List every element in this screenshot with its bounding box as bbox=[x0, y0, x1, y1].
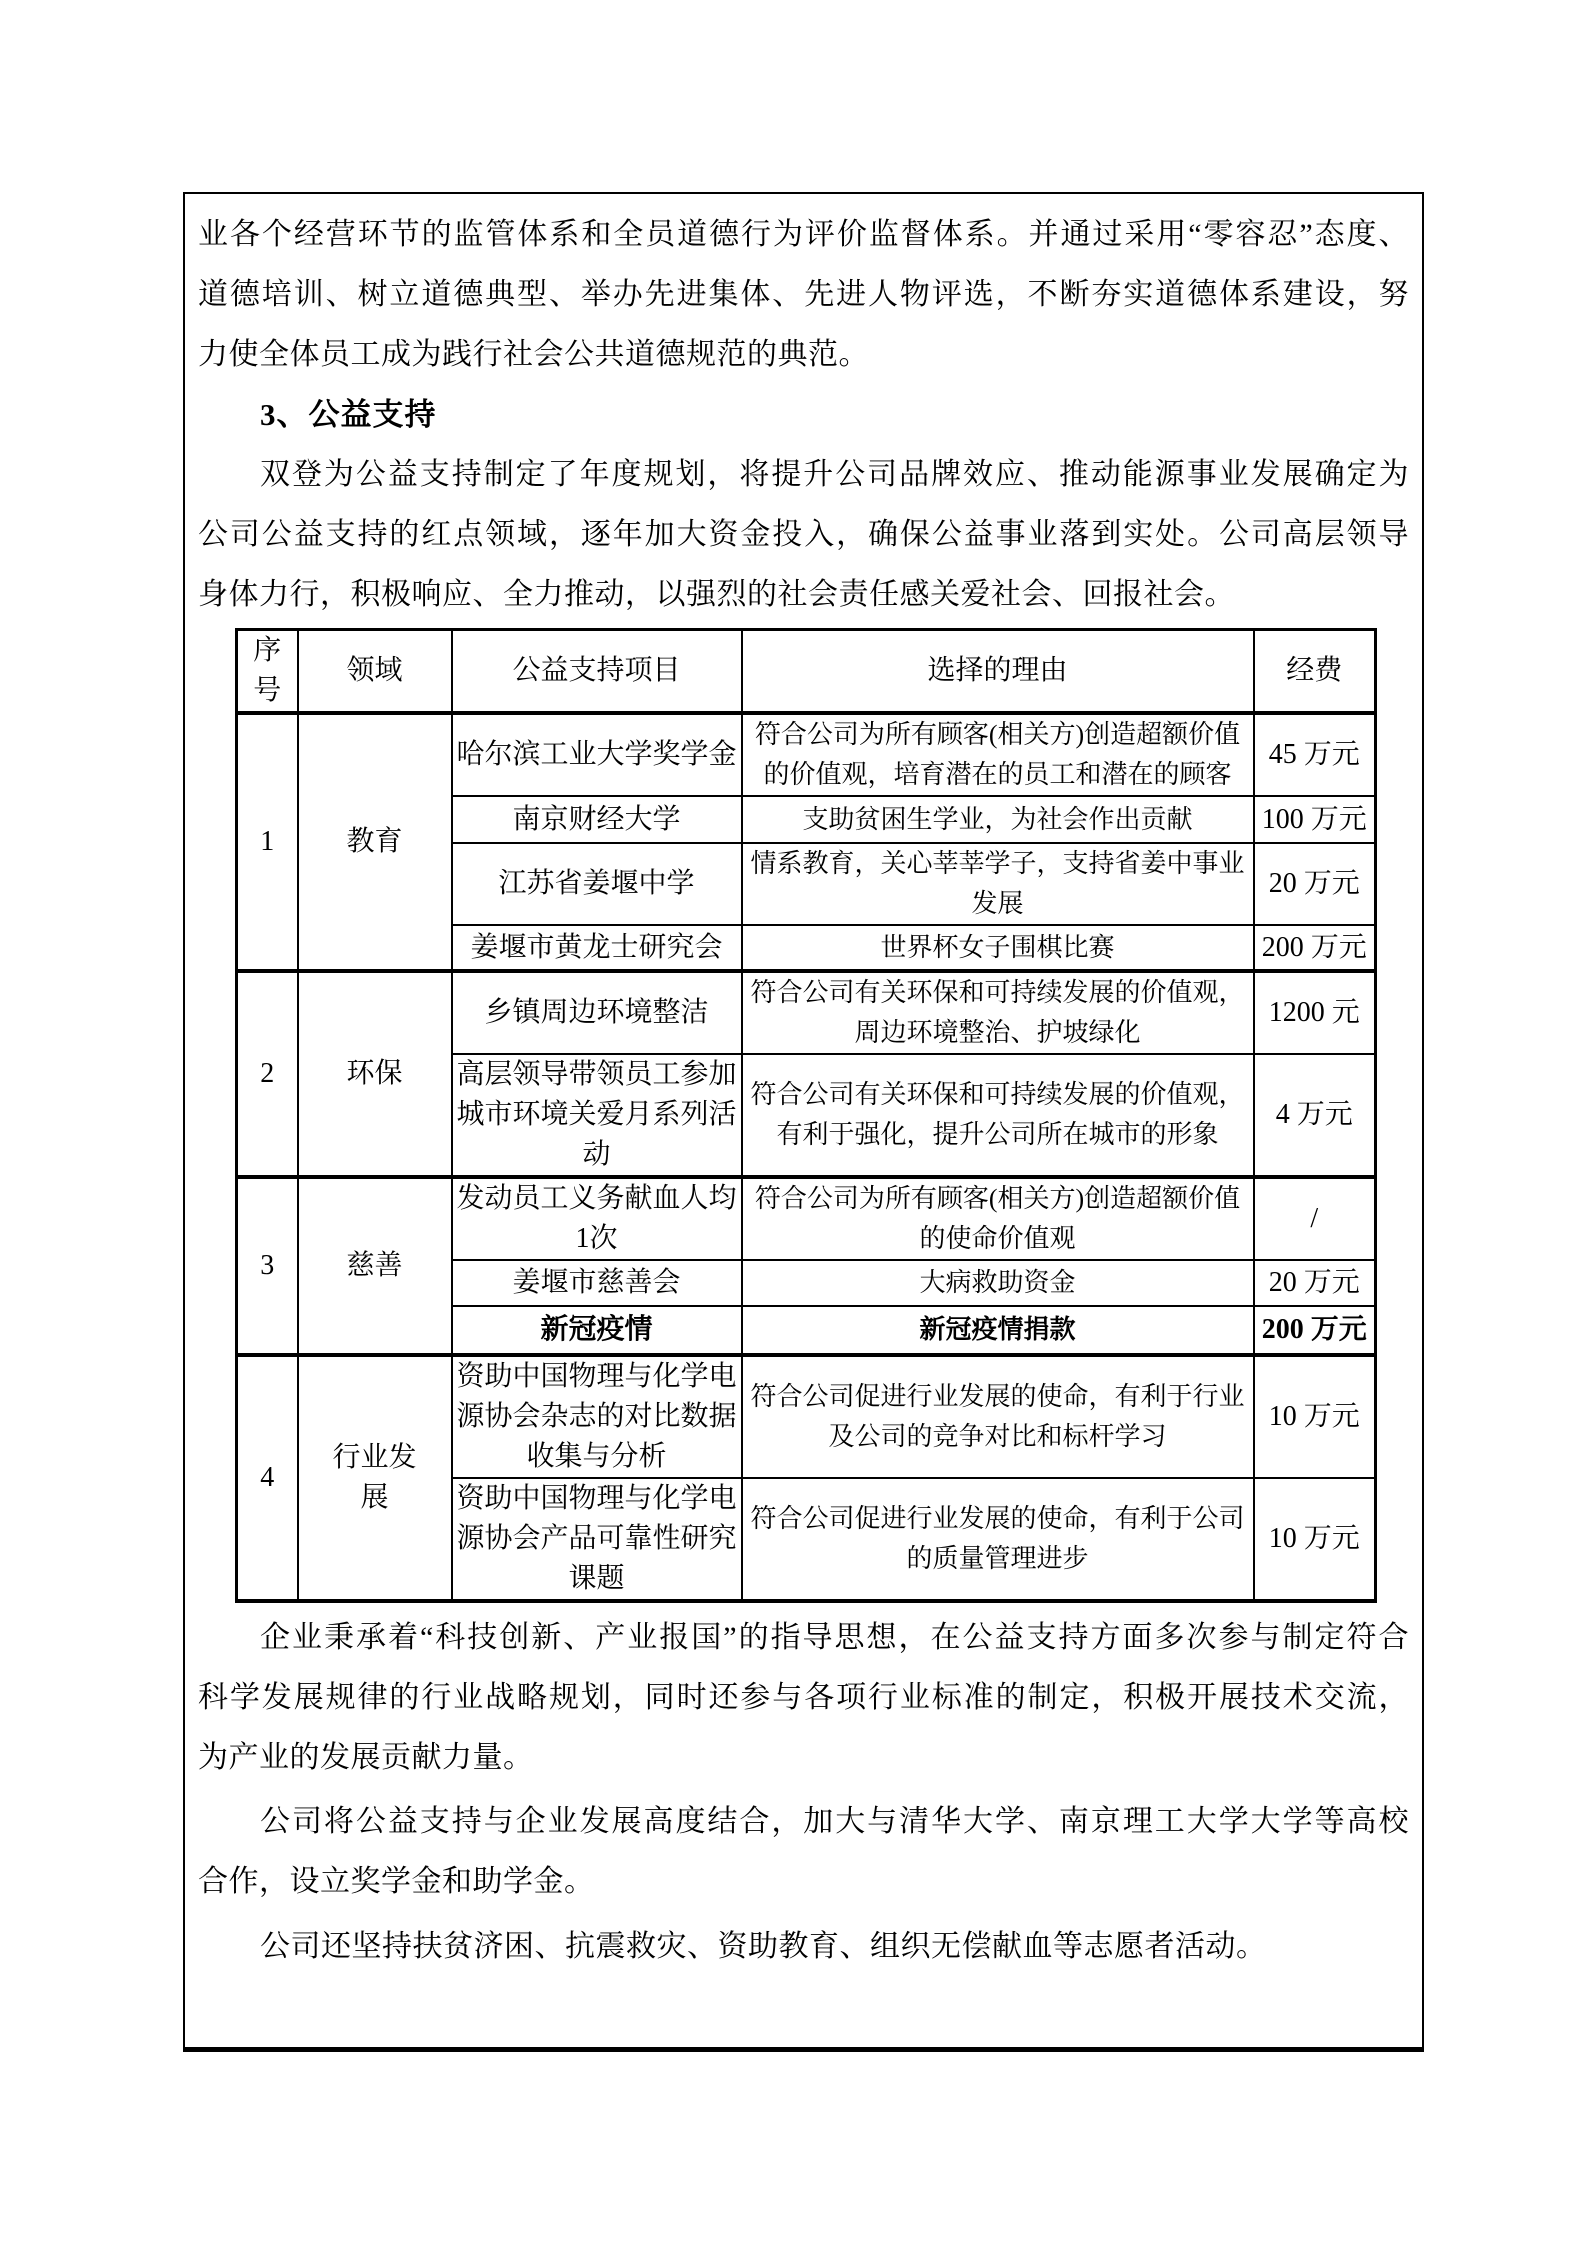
section-field-cell: 慈善 bbox=[298, 1177, 452, 1355]
section-number-cell: 2 bbox=[237, 971, 298, 1177]
fee-cell: 10 万元 bbox=[1254, 1478, 1376, 1601]
table-header-cell: 序号 bbox=[237, 630, 298, 714]
paragraph-mission: 企业秉承着“科技创新、产业报国”的指导思想，在公益支持方面多次参与制定符合科学发… bbox=[198, 1608, 1409, 1788]
section-number-cell: 3 bbox=[237, 1177, 298, 1355]
project-cell: 新冠疫情 bbox=[452, 1306, 742, 1355]
paragraph-line: 公司还坚持扶贫济困、抗震救灾、资助教育、组织无偿献血等志愿者活动。 bbox=[198, 1917, 1409, 1977]
section-field-cell: 环保 bbox=[298, 971, 452, 1177]
section-field-cell: 行业发 展 bbox=[298, 1355, 452, 1601]
fee-cell: 10 万元 bbox=[1254, 1355, 1376, 1478]
paragraph-line: 道德培训、树立道德典型、举办先进集体、先进人物评选，不断夯实道德体系建设，努 bbox=[198, 265, 1409, 325]
project-cell: 乡镇周边环境整洁 bbox=[452, 971, 742, 1054]
fee-cell: 20 万元 bbox=[1254, 843, 1376, 925]
reason-cell: 符合公司为所有顾客(相关方)创造超额价值 的使命价值观 bbox=[742, 1177, 1254, 1260]
fee-cell: 200 万元 bbox=[1254, 1306, 1376, 1355]
project-cell: 南京财经大学 bbox=[452, 796, 742, 843]
table-header-cell: 经费 bbox=[1254, 630, 1376, 714]
paragraph-line: 力使全体员工成为践行社会公共道德规范的典范。 bbox=[198, 325, 1409, 385]
table-header-cell: 公益支持项目 bbox=[452, 630, 742, 714]
reason-cell: 支助贫困生学业，为社会作出贡献 bbox=[742, 796, 1254, 843]
paragraph-university-cooperation: 公司将公益支持与企业发展高度结合，加大与清华大学、南京理工大学大学等高校合作，设… bbox=[198, 1792, 1409, 1912]
paragraph-line: 公司公益支持的红点领域，逐年加大资金投入，确保公益事业落到实处。公司高层领导 bbox=[198, 505, 1409, 565]
fee-cell: / bbox=[1254, 1177, 1376, 1260]
table-header-cell: 领域 bbox=[298, 630, 452, 714]
fee-cell: 200 万元 bbox=[1254, 925, 1376, 971]
fee-cell: 4 万元 bbox=[1254, 1054, 1376, 1177]
document-page-frame: 业各个经营环节的监管体系和全员道德行为评价监督体系。并通过采用“零容忍”态度、道… bbox=[183, 192, 1424, 2052]
project-cell: 发动员工义务献血人均 1次 bbox=[452, 1177, 742, 1260]
paragraph-line: 科学发展规律的行业战略规划，同时还参与各项行业标准的制定，积极开展技术交流， bbox=[198, 1668, 1409, 1728]
reason-cell: 符合公司促进行业发展的使命，有利于公司 的质量管理进步 bbox=[742, 1478, 1254, 1601]
reason-cell: 符合公司促进行业发展的使命，有利于行业 及公司的竞争对比和标杆学习 bbox=[742, 1355, 1254, 1478]
reason-cell: 新冠疫情捐款 bbox=[742, 1306, 1254, 1355]
section-number-cell: 4 bbox=[237, 1355, 298, 1601]
section-heading: 3、公益支持 bbox=[198, 385, 1409, 445]
paragraph-volunteer-activities: 公司还坚持扶贫济困、抗震救灾、资助教育、组织无偿献血等志愿者活动。 bbox=[198, 1917, 1409, 1977]
project-cell: 江苏省姜堰中学 bbox=[452, 843, 742, 925]
project-cell: 资助中国物理与化学电 源协会产品可靠性研究 课题 bbox=[452, 1478, 742, 1601]
paragraph-line: 公司将公益支持与企业发展高度结合，加大与清华大学、南京理工大学大学等高校 bbox=[198, 1792, 1409, 1852]
project-cell: 姜堰市慈善会 bbox=[452, 1260, 742, 1306]
project-cell: 哈尔滨工业大学奖学金 bbox=[452, 713, 742, 796]
reason-cell: 世界杯女子围棋比赛 bbox=[742, 925, 1254, 971]
paragraph-line: 双登为公益支持制定了年度规划，将提升公司品牌效应、推动能源事业发展确定为 bbox=[198, 445, 1409, 505]
fee-cell: 1200 元 bbox=[1254, 971, 1376, 1054]
section-field-cell: 教育 bbox=[298, 713, 452, 971]
paragraph-line: 身体力行，积极响应、全力推动，以强烈的社会责任感关爱社会、回报社会。 bbox=[198, 565, 1409, 625]
fee-cell: 20 万元 bbox=[1254, 1260, 1376, 1306]
project-cell: 高层领导带领员工参加 城市环境关爱月系列活 动 bbox=[452, 1054, 742, 1177]
reason-cell: 符合公司有关环保和可持续发展的价值观， 有利于强化，提升公司所在城市的形象 bbox=[742, 1054, 1254, 1177]
reason-cell: 符合公司为所有顾客(相关方)创造超额价值 的价值观，培育潜在的员工和潜在的顾客 bbox=[742, 713, 1254, 796]
project-cell: 资助中国物理与化学电 源协会杂志的对比数据 收集与分析 bbox=[452, 1355, 742, 1478]
fee-cell: 100 万元 bbox=[1254, 796, 1376, 843]
reason-cell: 符合公司有关环保和可持续发展的价值观， 周边环境整治、护坡绿化 bbox=[742, 971, 1254, 1054]
reason-cell: 大病救助资金 bbox=[742, 1260, 1254, 1306]
paragraph-line: 业各个经营环节的监管体系和全员道德行为评价监督体系。并通过采用“零容忍”态度、 bbox=[198, 205, 1409, 265]
paragraph-line: 为产业的发展贡献力量。 bbox=[198, 1728, 1409, 1788]
paragraph-ethics-continuation: 业各个经营环节的监管体系和全员道德行为评价监督体系。并通过采用“零容忍”态度、道… bbox=[198, 205, 1409, 385]
project-cell: 姜堰市黄龙士研究会 bbox=[452, 925, 742, 971]
paragraph-line: 企业秉承着“科技创新、产业报国”的指导思想，在公益支持方面多次参与制定符合 bbox=[198, 1608, 1409, 1668]
reason-cell: 情系教育，关心莘莘学子，支持省姜中事业 发展 bbox=[742, 843, 1254, 925]
paragraph-welfare-intro: 双登为公益支持制定了年度规划，将提升公司品牌效应、推动能源事业发展确定为公司公益… bbox=[198, 445, 1409, 625]
paragraph-line: 合作，设立奖学金和助学金。 bbox=[198, 1852, 1409, 1912]
section-number-cell: 1 bbox=[237, 713, 298, 971]
table-header-cell: 选择的理由 bbox=[742, 630, 1254, 714]
welfare-projects-table: 序号领域公益支持项目选择的理由经费1教育哈尔滨工业大学奖学金符合公司为所有顾客(… bbox=[235, 628, 1377, 1603]
fee-cell: 45 万元 bbox=[1254, 713, 1376, 796]
